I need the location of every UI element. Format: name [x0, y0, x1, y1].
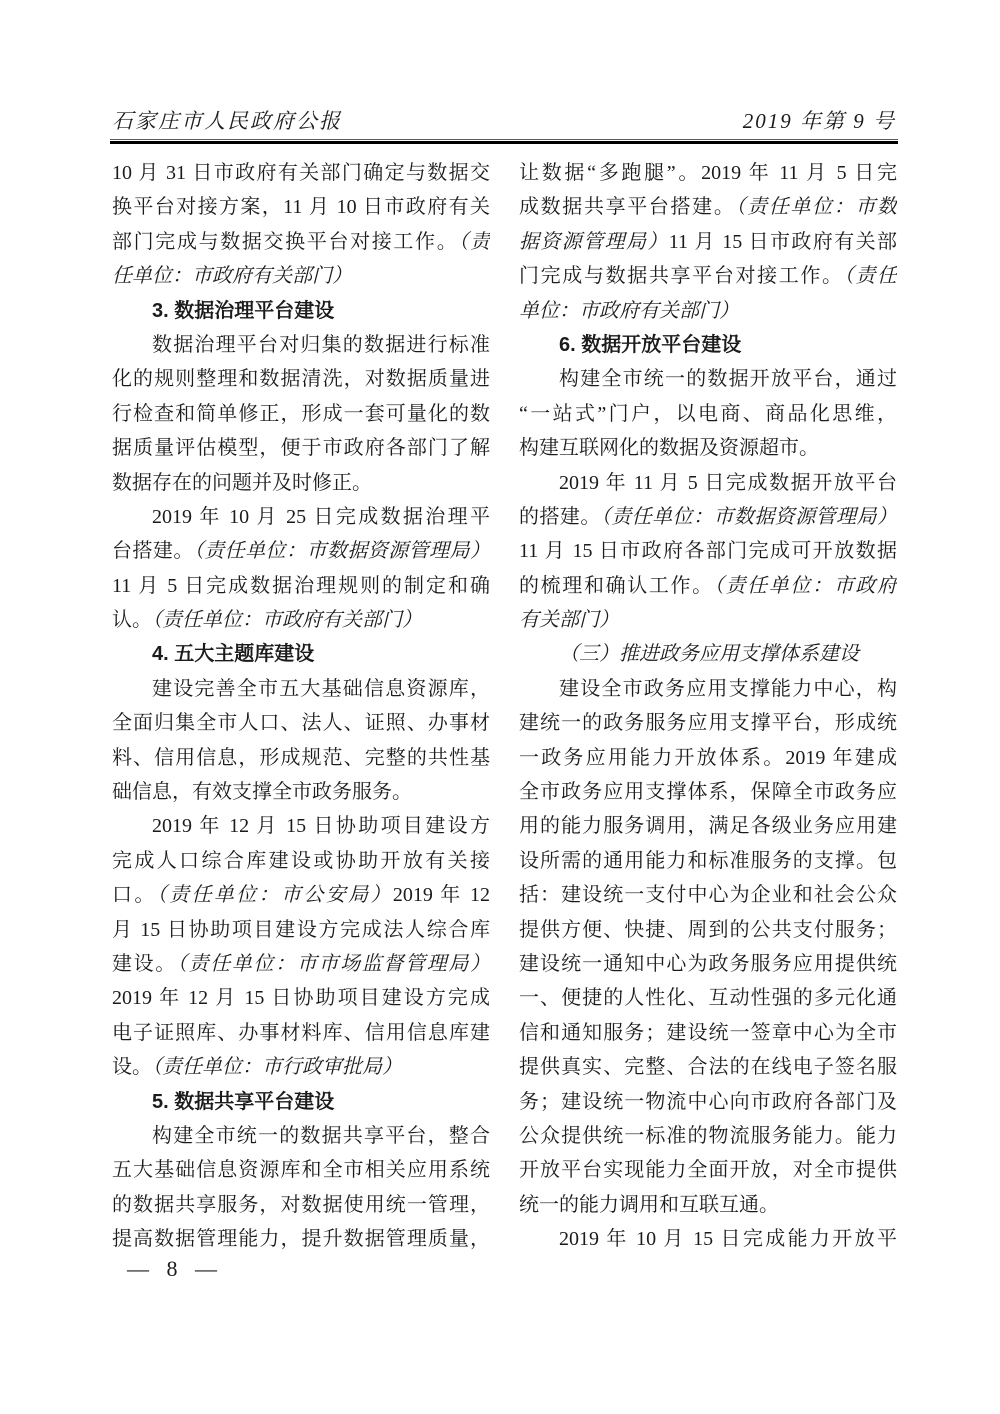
- text-line: 口。（责任单位：市公安局）2019 年 12: [112, 878, 490, 912]
- text-segment-song: 构建互联网化的数据及资源超市。: [519, 437, 819, 459]
- text-line: 部门完成与数据交换平台对接工作。（责: [112, 225, 490, 259]
- text-line: 成数据共享平台搭建。（责任单位：市数: [519, 190, 897, 224]
- text-line: 设。（责任单位：市行政审批局）: [112, 1050, 490, 1084]
- issue-number: 2019 年第 9 号: [743, 105, 896, 135]
- text-line: 提供方便、快捷、周到的公共支付服务；: [519, 913, 897, 947]
- text-line: “一站式”门户，以电商、商品化思维，: [519, 397, 897, 431]
- text-line: 提高数据管理能力，提升数据管理质量，: [112, 1222, 490, 1256]
- text-segment-song: 提供真实、完整、合法的在线电子签名服: [519, 1056, 897, 1078]
- text-segment-kai: （责任单位：市政府: [714, 575, 897, 597]
- text-line: 公众提供统一标准的物流服务能力。能力: [519, 1119, 897, 1153]
- text-segment-song: 建设。: [112, 953, 177, 975]
- text-segment-song: 2019 年 10 月 25 日完成数据治理平: [152, 506, 490, 528]
- text-segment-hei: 6. 数据开放平台建设: [559, 334, 741, 356]
- text-segment-kai: （责任单位：市数: [735, 196, 897, 218]
- text-segment-kai: 单位：市政府有关部门）: [519, 300, 739, 322]
- left-column: 10 月 31 日市政府有关部门确定与数据交换平台对接方案，11 月 10 日市…: [112, 156, 490, 1257]
- gazette-title: 石家庄市人民政府公报: [112, 105, 342, 135]
- text-segment-song: 建统一的政务服务应用支撑平台，形成统: [519, 712, 897, 734]
- text-segment-song: 建设统一通知中心为政务服务应用提供统: [519, 953, 897, 975]
- text-line: 料、信用信息，形成规范、完整的共性基: [112, 741, 490, 775]
- text-line: 开放平台实现能力全面开放，对全市提供: [519, 1153, 897, 1187]
- text-line: 行检查和简单修正，形成一套可量化的数: [112, 397, 490, 431]
- text-segment-song: 完成人口综合库建设或协助开放有关接: [112, 850, 490, 872]
- text-segment-kai: （责任单位：市政府有关部门）: [152, 609, 422, 631]
- text-line: 10 月 31 日市政府有关部门确定与数据交: [112, 156, 490, 190]
- text-segment-kai: 任单位：市政府有关部门）: [112, 265, 352, 287]
- text-line: 用的能力服务调用，满足各级业务应用建: [519, 809, 897, 843]
- text-segment-song: 建设完善全市五大基础信息资源库，: [152, 678, 490, 700]
- text-line: 5. 数据共享平台建设: [112, 1085, 490, 1119]
- text-segment-song: 信和通知服务；建设统一签章中心为全市: [519, 1022, 897, 1044]
- text-segment-song: 11 月 5 日完成数据治理规则的制定和确: [112, 575, 490, 597]
- text-line: 数据治理平台对归集的数据进行标准: [112, 328, 490, 362]
- text-segment-song: 2019 年 12: [393, 884, 490, 906]
- text-line: 提供真实、完整、合法的在线电子签名服: [519, 1050, 897, 1084]
- text-line: 务；建设统一物流中心向市政府各部门及: [519, 1085, 897, 1119]
- text-segment-hei: 3. 数据治理平台建设: [152, 300, 334, 322]
- text-line: 数据存在的问题并及时修正。: [112, 466, 490, 500]
- text-line: 电子证照库、办事材料库、信用信息库建: [112, 1016, 490, 1050]
- text-line: 的数据共享服务，对数据使用统一管理，: [112, 1188, 490, 1222]
- text-segment-kai: （责任单位：市数据资源管理局）: [601, 506, 897, 528]
- text-line: 门完成与数据共享平台对接工作。（责任: [519, 259, 897, 293]
- text-line: 信和通知服务；建设统一签章中心为全市: [519, 1016, 897, 1050]
- text-segment-song: 用的能力服务调用，满足各级业务应用建: [519, 815, 897, 837]
- text-line: 五大基础信息资源库和全市相关应用系统: [112, 1153, 490, 1187]
- text-line: （三）推进政务应用支撑体系建设: [519, 637, 897, 671]
- text-segment-song: 提供方便、快捷、周到的公共支付服务；: [519, 919, 897, 941]
- text-segment-hei: 5. 数据共享平台建设: [152, 1091, 334, 1113]
- text-segment-kai: （责任: [844, 265, 897, 287]
- text-segment-song: 构建全市统一的数据开放平台，通过: [559, 368, 897, 390]
- text-line: 完成人口综合库建设或协助开放有关接: [112, 844, 490, 878]
- text-line: 让数据“多跑腿”。2019 年 11 月 5 日完: [519, 156, 897, 190]
- text-segment-song: 门完成与数据共享平台对接工作。: [519, 265, 844, 287]
- text-line: 任单位：市政府有关部门）: [112, 259, 490, 293]
- text-line: 月 15 日协助项目建设方完成法人综合库: [112, 913, 490, 947]
- text-segment-song: 全面归集全市人口、法人、证照、办事材: [112, 712, 490, 734]
- text-segment-song: 的搭建。: [519, 506, 601, 528]
- text-segment-kai: 有关部门）: [519, 609, 619, 631]
- text-line: 建设完善全市五大基础信息资源库，: [112, 672, 490, 706]
- text-segment-song: 的梳理和确认工作。: [519, 575, 714, 597]
- text-line: 建设统一通知中心为政务服务应用提供统: [519, 947, 897, 981]
- text-line: 构建全市统一的数据共享平台，整合: [112, 1119, 490, 1153]
- text-line: 建统一的政务服务应用支撑平台，形成统: [519, 706, 897, 740]
- text-segment-song: 设所需的通用能力和标准服务的支撑。包: [519, 850, 897, 872]
- text-segment-kai: （责任单位：市行政审批局）: [152, 1056, 402, 1078]
- text-line: 2019 年 10 月 25 日完成数据治理平: [112, 500, 490, 534]
- text-segment-song: 化的规则整理和数据清洗，对数据质量进: [112, 368, 490, 390]
- text-segment-hei: 4. 五大主题库建设: [152, 643, 314, 665]
- text-line: 一、便捷的人性化、互动性强的多元化通: [519, 981, 897, 1015]
- text-segment-song: 开放平台实现能力全面开放，对全市提供: [519, 1159, 897, 1181]
- text-segment-song: 口。: [112, 884, 157, 906]
- text-line: 构建互联网化的数据及资源超市。: [519, 431, 897, 465]
- text-line: 础信息，有效支撑全市政务服务。: [112, 775, 490, 809]
- text-segment-song: 10 月 31 日市政府有关部门确定与数据交: [112, 162, 490, 184]
- text-segment-song: 的数据共享服务，对数据使用统一管理，: [112, 1194, 490, 1216]
- text-segment-kai: （责任单位：市公安局）: [157, 884, 393, 906]
- text-segment-song: 换平台对接方案，11 月 10 日市政府有关: [112, 196, 490, 218]
- page-footer: — 8 —: [127, 1256, 218, 1282]
- page-number: — 8 —: [127, 1256, 218, 1281]
- text-segment-song: 2019 年 10 月 15 日完成能力开放平: [559, 1228, 897, 1250]
- text-segment-song: “一站式”门户，以电商、商品化思维，: [519, 403, 897, 425]
- text-segment-song: 部门完成与数据交换平台对接工作。: [112, 231, 458, 253]
- content-columns: 10 月 31 日市政府有关部门确定与数据交换平台对接方案，11 月 10 日市…: [112, 156, 897, 1257]
- text-segment-song: 全市政务应用支撑体系，保障全市政务应: [519, 781, 897, 803]
- text-segment-song: 五大基础信息资源库和全市相关应用系统: [112, 1159, 490, 1181]
- text-segment-song: 2019 年 12 月 15 日协助项目建设方完成: [112, 987, 490, 1009]
- text-line: 6. 数据开放平台建设: [519, 328, 897, 362]
- text-line: 换平台对接方案，11 月 10 日市政府有关: [112, 190, 490, 224]
- text-segment-song: 设。: [112, 1056, 152, 1078]
- text-segment-song: 电子证照库、办事材料库、信用信息库建: [112, 1022, 490, 1044]
- text-line: 有关部门）: [519, 603, 897, 637]
- text-line: 构建全市统一的数据开放平台，通过: [519, 362, 897, 396]
- text-line: 2019 年 11 月 5 日完成数据开放平台: [519, 466, 897, 500]
- text-segment-song: 构建全市统一的数据共享平台，整合: [152, 1125, 490, 1147]
- text-segment-song: 一政务应用能力开放体系。2019 年建成: [519, 747, 897, 769]
- text-segment-song: 数据治理平台对归集的数据进行标准: [152, 334, 490, 356]
- text-line: 建设全市政务应用支撑能力中心，构: [519, 672, 897, 706]
- text-segment-song: 础信息，有效支撑全市政务服务。: [112, 781, 412, 803]
- text-line: 全面归集全市人口、法人、证照、办事材: [112, 706, 490, 740]
- text-line: 据质量评估模型，便于市政府各部门了解: [112, 431, 490, 465]
- text-segment-song: 统一的能力调用和互联互通。: [519, 1194, 779, 1216]
- text-segment-song: 数据存在的问题并及时修正。: [112, 472, 372, 494]
- text-segment-song: 提高数据管理能力，提升数据管理质量，: [112, 1228, 490, 1250]
- text-line: 统一的能力调用和互联互通。: [519, 1188, 897, 1222]
- text-segment-song: 成数据共享平台搭建。: [519, 196, 735, 218]
- text-line: 台搭建。（责任单位：市数据资源管理局）: [112, 534, 490, 568]
- text-line: 单位：市政府有关部门）: [519, 294, 897, 328]
- text-segment-song: 2019 年 11 月 5 日完成数据开放平台: [559, 472, 897, 494]
- text-segment-kai: （责任单位：市数据资源管理局）: [194, 540, 490, 562]
- text-line: 的搭建。（责任单位：市数据资源管理局）: [519, 500, 897, 534]
- text-line: 建设。（责任单位：市市场监督管理局）: [112, 947, 490, 981]
- text-line: 据资源管理局）11 月 15 日市政府有关部: [519, 225, 897, 259]
- text-line: 的梳理和确认工作。（责任单位：市政府: [519, 569, 897, 603]
- text-segment-song: 公众提供统一标准的物流服务能力。能力: [519, 1125, 897, 1147]
- right-column: 让数据“多跑腿”。2019 年 11 月 5 日完成数据共享平台搭建。（责任单位…: [519, 156, 897, 1257]
- text-line: 全市政务应用支撑体系，保障全市政务应: [519, 775, 897, 809]
- text-line: 2019 年 10 月 15 日完成能力开放平: [519, 1222, 897, 1256]
- text-line: 认。（责任单位：市政府有关部门）: [112, 603, 490, 637]
- text-line: 一政务应用能力开放体系。2019 年建成: [519, 741, 897, 775]
- text-segment-kai: （责任单位：市市场监督管理局）: [177, 953, 490, 975]
- text-segment-kai: 据资源管理局）: [519, 231, 669, 253]
- text-segment-song: 让数据“多跑腿”。2019 年 11 月 5 日完: [519, 162, 897, 184]
- text-line: 4. 五大主题库建设: [112, 637, 490, 671]
- text-line: 11 月 15 日市政府各部门完成可开放数据: [519, 534, 897, 568]
- gazette-page: 石家庄市人民政府公报 2019 年第 9 号 10 月 31 日市政府有关部门确…: [0, 0, 1000, 1414]
- text-line: 设所需的通用能力和标准服务的支撑。包: [519, 844, 897, 878]
- text-line: 括：建设统一支付中心为企业和社会公众: [519, 878, 897, 912]
- text-segment-song: 行检查和简单修正，形成一套可量化的数: [112, 403, 490, 425]
- text-segment-song: 11 月 15 日市政府有关部: [669, 231, 897, 253]
- text-segment-song: 台搭建。: [112, 540, 194, 562]
- text-segment-song: 据质量评估模型，便于市政府各部门了解: [112, 437, 490, 459]
- text-segment-song: 认。: [112, 609, 152, 631]
- text-segment-song: 务；建设统一物流中心向市政府各部门及: [519, 1091, 897, 1113]
- page-header: 石家庄市人民政府公报 2019 年第 9 号: [112, 105, 896, 135]
- text-segment-kai: （责: [458, 231, 490, 253]
- text-line: 2019 年 12 月 15 日协助项目建设方: [112, 809, 490, 843]
- text-segment-song: 建设全市政务应用支撑能力中心，构: [559, 678, 897, 700]
- text-segment-song: 月 15 日协助项目建设方完成法人综合库: [112, 919, 490, 941]
- text-line: 化的规则整理和数据清洗，对数据质量进: [112, 362, 490, 396]
- text-segment-song: 一、便捷的人性化、互动性强的多元化通: [519, 987, 897, 1009]
- text-line: 3. 数据治理平台建设: [112, 294, 490, 328]
- text-segment-song: 料、信用信息，形成规范、完整的共性基: [112, 747, 490, 769]
- text-segment-song: 2019 年 12 月 15 日协助项目建设方: [152, 815, 490, 837]
- header-rule: [110, 139, 898, 144]
- text-segment-song: 括：建设统一支付中心为企业和社会公众: [519, 884, 897, 906]
- text-segment-kai: （三）推进政务应用支撑体系建设: [559, 643, 859, 665]
- text-line: 11 月 5 日完成数据治理规则的制定和确: [112, 569, 490, 603]
- text-segment-song: 11 月 15 日市政府各部门完成可开放数据: [519, 540, 897, 562]
- text-line: 2019 年 12 月 15 日协助项目建设方完成: [112, 981, 490, 1015]
